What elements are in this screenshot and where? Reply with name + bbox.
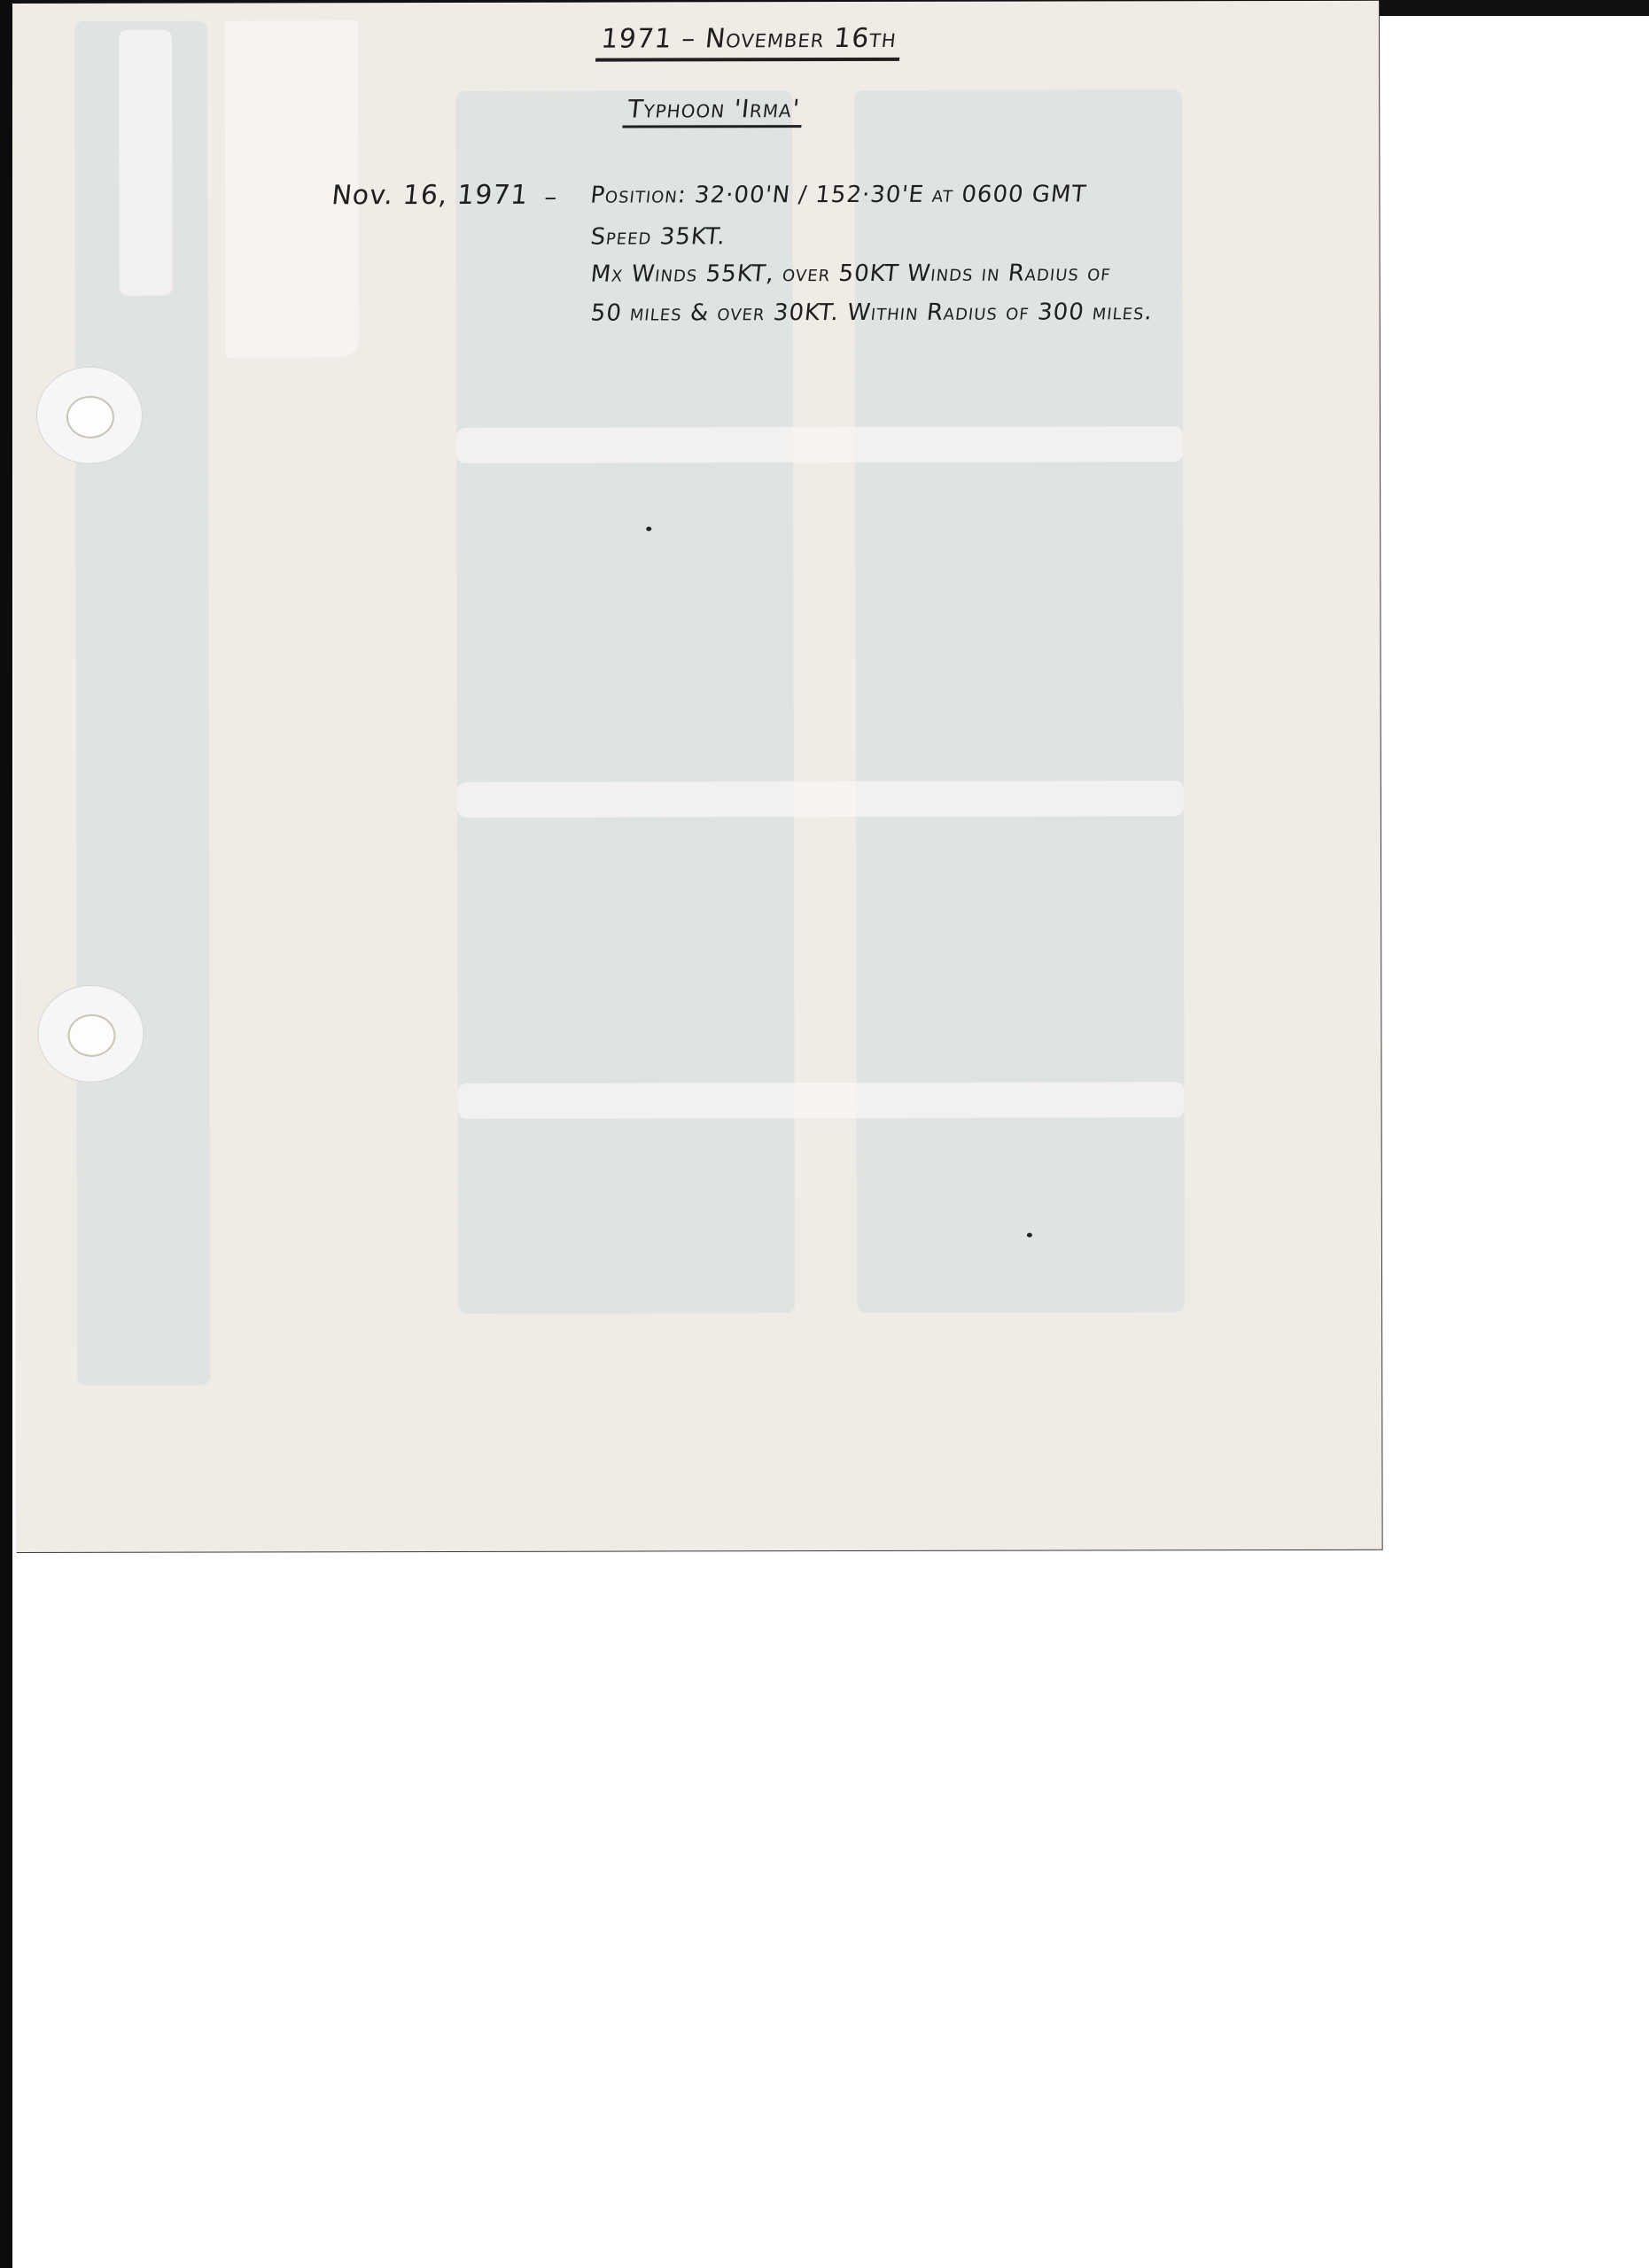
scanner-edge-left <box>0 0 12 2268</box>
show-through-band <box>457 781 1184 818</box>
entry-date: Nov. 16, 1971 <box>331 180 530 211</box>
typhoon-name: Typhoon 'Irma' <box>622 94 805 128</box>
ink-speck <box>646 526 651 531</box>
entry-speed: Speed 35KT. <box>589 223 727 250</box>
ink-speck <box>1027 1233 1032 1238</box>
show-through-band <box>456 426 1183 463</box>
show-through-text <box>119 30 173 296</box>
show-through-band <box>458 1082 1185 1119</box>
binder-eyelet-bottom <box>37 985 144 1083</box>
entry-position: Position: 32·00'N / 152·30'E at 0600 GMT <box>589 181 1088 208</box>
entry-wind-radius: 50 miles & over 30KT. Within Radius of 3… <box>589 299 1154 326</box>
handwritten-page: 1971 – November 16th Typhoon 'Irma' Nov.… <box>12 1 1382 1552</box>
entry-max-winds: Mx Winds 55KT, over 50KT Winds in Radius… <box>589 260 1112 287</box>
page-heading: 1971 – November 16th <box>595 23 904 62</box>
binder-eyelet-top <box>36 367 143 464</box>
